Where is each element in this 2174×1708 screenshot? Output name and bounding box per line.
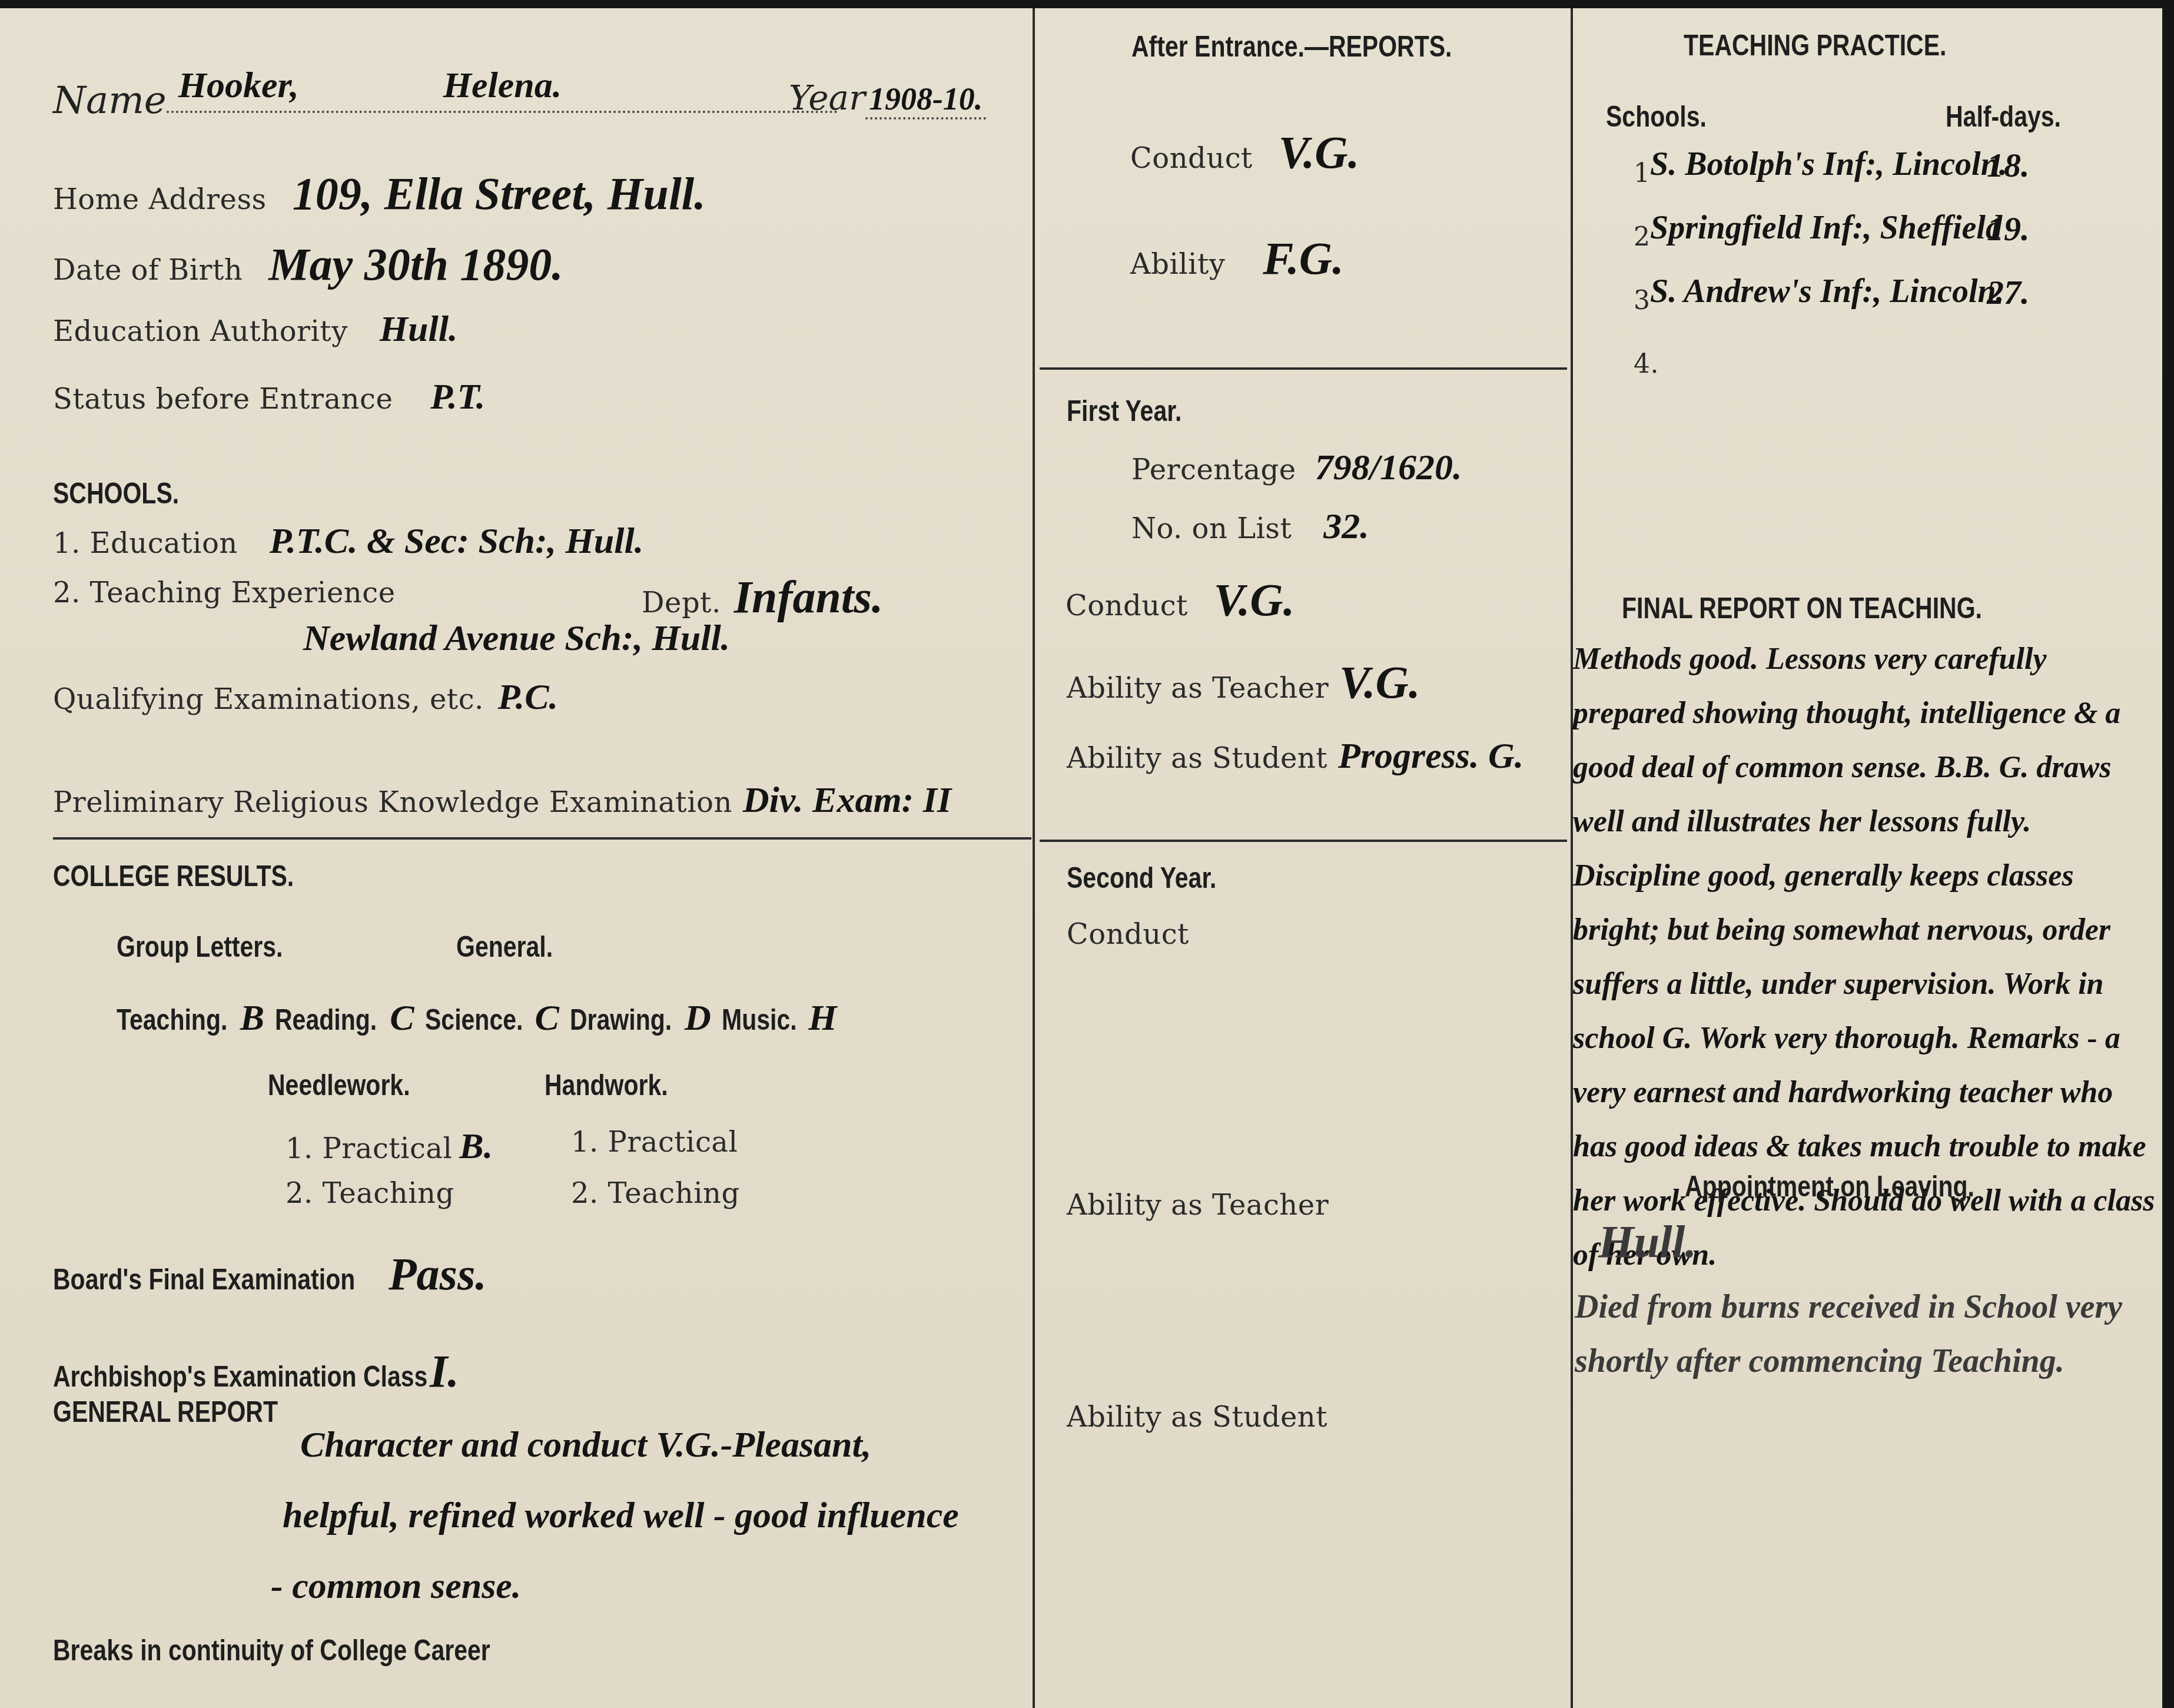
dept-row: Dept. Infants. (642, 571, 883, 623)
name-field: Hooker, Helena. (167, 87, 838, 113)
qualifying-value: P.C. (498, 677, 558, 717)
year-row: Year1908-10. (789, 78, 986, 120)
edu-authority-value: Hull. (380, 309, 458, 349)
home-address-value: 109, Ella Street, Hull. (293, 168, 706, 219)
handwork-label: Handwork. (545, 1068, 668, 1102)
reports-ability-value: F.G. (1263, 233, 1343, 284)
teaching-practice-row: 2Springfield Inf:, Sheffield19. (1634, 204, 2081, 268)
religious-label: Preliminary Religious Knowledge Examinat… (53, 786, 732, 819)
group-letters-label: Group Letters. (117, 930, 283, 964)
home-address-label: Home Address (53, 183, 267, 216)
boards-final-value: Pass. (389, 1248, 487, 1299)
subject-label: Teaching. (117, 1003, 227, 1037)
list-value: 32. (1323, 506, 1369, 546)
final-report-heading: FINAL REPORT ON TEACHING. (1622, 591, 1982, 625)
home-address-row: Home Address 109, Ella Street, Hull. (53, 167, 706, 220)
school-name: S. Andrew's Inf:, Lincoln. (1650, 273, 2004, 310)
subject-grade: Reading.C (275, 997, 414, 1039)
education-value: P.T.C. & Sec: Sch:, Hull. (270, 521, 644, 561)
section-divider-second-year (1040, 840, 1567, 842)
edu-authority-label: Education Authority (53, 315, 348, 348)
subject-grade-value: H (808, 998, 837, 1038)
subject-label: Reading. (275, 1003, 377, 1037)
needlework-practical-label: 1. Practical (286, 1132, 452, 1165)
subject-label: Drawing. (570, 1003, 672, 1037)
teaching-practice-list: 1S. Botolph's Inf:, Lincoln.18.2Springfi… (1634, 141, 2081, 395)
percentage-row: Percentage 798/1620. (1131, 447, 1462, 489)
education-label: 1. Education (53, 527, 238, 560)
education-row: 1. Education P.T.C. & Sec: Sch:, Hull. (53, 520, 643, 562)
percentage-value: 798/1620. (1315, 447, 1462, 487)
percentage-label: Percentage (1131, 453, 1296, 486)
subject-grades-row: Teaching.BReading.CScience.CDrawing.DMus… (117, 997, 837, 1039)
first-year-student-label: Ability as Student (1067, 742, 1327, 775)
religious-row: Preliminary Religious Knowledge Examinat… (53, 780, 951, 821)
subject-label: Music. (722, 1003, 797, 1037)
subject-grade: Teaching.B (117, 997, 264, 1039)
year-label: Year (789, 78, 865, 118)
teaching-practice-heading: TEACHING PRACTICE. (1684, 28, 1946, 62)
needlework-teaching-label: 2. Teaching (286, 1177, 454, 1210)
handwork-teaching-label: 2. Teaching (571, 1177, 740, 1210)
status-value: P.T. (430, 377, 485, 417)
halfdays-value: 18. (1987, 145, 2030, 185)
needlework-practical-value: B. (459, 1126, 493, 1166)
general-report-line: Character and conduct V.G.-Pleasant, (300, 1409, 959, 1480)
reports-ability-row: Ability F.G. (1130, 232, 1344, 285)
teaching-practice-row: 1S. Botolph's Inf:, Lincoln.18. (1634, 141, 2081, 204)
first-year-heading: First Year. (1067, 394, 1181, 428)
religious-value: Div. Exam: II (743, 780, 951, 820)
teaching-exp-label: 2. Teaching Experience (53, 576, 396, 609)
needlework-label: Needlework. (268, 1068, 410, 1102)
reports-ability-label: Ability (1130, 248, 1225, 281)
first-year-conduct-row: Conduct V.G. (1066, 573, 1295, 626)
subject-grade-value: C (390, 998, 414, 1038)
student-record-card: Name Hooker, Helena. Year1908-10. Home A… (0, 0, 2174, 1708)
first-year-student-row: Ability as Student Progress. G. (1067, 735, 1524, 777)
dob-row: Date of Birth May 30th 1890. (53, 238, 563, 291)
year-value: 1908-10. (865, 81, 986, 120)
first-year-teacher-row: Ability as Teacher V.G. (1067, 656, 1420, 709)
first-year-student-value: Progress. G. (1338, 736, 1524, 776)
row-number: 1 (1634, 158, 1651, 188)
general-report-text: Character and conduct V.G.-Pleasant,help… (283, 1409, 959, 1621)
list-row: No. on List 32. (1131, 506, 1369, 548)
surname-value: Hooker, (178, 65, 299, 107)
needlework-practical-row: 1. Practical B. (286, 1126, 493, 1168)
teaching-practice-row: 4. (1634, 331, 2081, 395)
dob-label: Date of Birth (53, 254, 243, 287)
appointment-heading: Appointment on Leaving. (1685, 1169, 1974, 1203)
first-year-conduct-label: Conduct (1066, 589, 1188, 622)
archbishop-row: Archbishop's Examination Class I. (53, 1345, 459, 1398)
subject-grade: Music.H (722, 997, 837, 1039)
row-number: 2 (1634, 222, 1651, 252)
boards-final-row: Board's Final Examination Pass. (53, 1248, 487, 1301)
reports-conduct-row: Conduct V.G. (1130, 126, 1359, 179)
general-report-line: - common sense. (271, 1551, 959, 1621)
school-name: Springfield Inf:, Sheffield (1650, 209, 2002, 247)
teaching-practice-row: 3S. Andrew's Inf:, Lincoln.27. (1634, 268, 2081, 331)
section-divider-first-year (1040, 367, 1567, 370)
name-row: Name Hooker, Helena. (53, 79, 838, 122)
halfdays-value: 19. (1987, 209, 2030, 248)
forename-value: Helena. (443, 65, 562, 107)
archbishop-value: I. (430, 1345, 459, 1397)
dob-value: May 30th 1890. (268, 238, 563, 290)
handwork-practical-label: 1. Practical (571, 1126, 738, 1159)
second-year-conduct-label: Conduct (1067, 918, 1189, 951)
edu-authority-row: Education Authority Hull. (53, 309, 457, 350)
second-year-heading: Second Year. (1067, 861, 1217, 895)
general-report-line: helpful, refined worked well - good infl… (283, 1480, 959, 1551)
status-row: Status before Entrance P.T. (53, 376, 485, 418)
section-divider-college (53, 837, 1031, 840)
reports-conduct-label: Conduct (1130, 142, 1253, 175)
dept-label: Dept. (642, 586, 721, 619)
second-year-teacher-label: Ability as Teacher (1067, 1189, 1329, 1222)
row-number: 4. (1634, 349, 1659, 379)
reports-conduct-value: V.G. (1279, 127, 1359, 178)
first-year-conduct-value: V.G. (1214, 574, 1295, 625)
reports-heading: After Entrance.—REPORTS. (1131, 29, 1452, 64)
schools-heading: SCHOOLS. (53, 476, 179, 510)
list-label: No. on List (1131, 512, 1292, 545)
halfdays-column-label: Half-days. (1946, 100, 2061, 134)
row-number: 3 (1634, 286, 1651, 316)
school-name: S. Botolph's Inf:, Lincoln. (1650, 145, 2007, 183)
second-year-student-label: Ability as Student (1067, 1401, 1327, 1434)
appointment-value: Hull. (1598, 1215, 1697, 1268)
qualifying-label: Qualifying Examinations, etc. (53, 683, 484, 716)
subject-label: Science. (425, 1003, 523, 1037)
schools-column-label: Schools. (1606, 100, 1707, 134)
college-results-heading: COLLEGE RESULTS. (53, 859, 294, 893)
column-divider-left (1033, 8, 1035, 1708)
archbishop-label: Archbishop's Examination Class (53, 1359, 427, 1394)
subject-grade-value: B (240, 998, 264, 1038)
appointment-note: Died from burns received in School very … (1575, 1280, 2163, 1388)
subject-grade: Drawing.D (570, 997, 711, 1039)
halfdays-value: 27. (1987, 273, 2030, 312)
teaching-exp-value: Newland Avenue Sch:, Hull. (303, 618, 730, 659)
first-year-teacher-label: Ability as Teacher (1067, 672, 1329, 705)
subject-grade-value: C (535, 998, 559, 1038)
subject-grade-value: D (685, 998, 711, 1038)
qualifying-row: Qualifying Examinations, etc. P.C. (53, 676, 558, 718)
subject-grade: Science.C (425, 997, 559, 1039)
status-label: Status before Entrance (53, 383, 393, 416)
boards-final-label: Board's Final Examination (53, 1262, 355, 1296)
breaks-label: Breaks in continuity of College Career (53, 1633, 490, 1667)
dept-value: Infants. (734, 571, 884, 622)
first-year-teacher-value: V.G. (1339, 656, 1420, 708)
general-report-heading: GENERAL REPORT (53, 1395, 278, 1429)
name-label: Name (53, 79, 167, 122)
general-label: General. (456, 930, 553, 964)
